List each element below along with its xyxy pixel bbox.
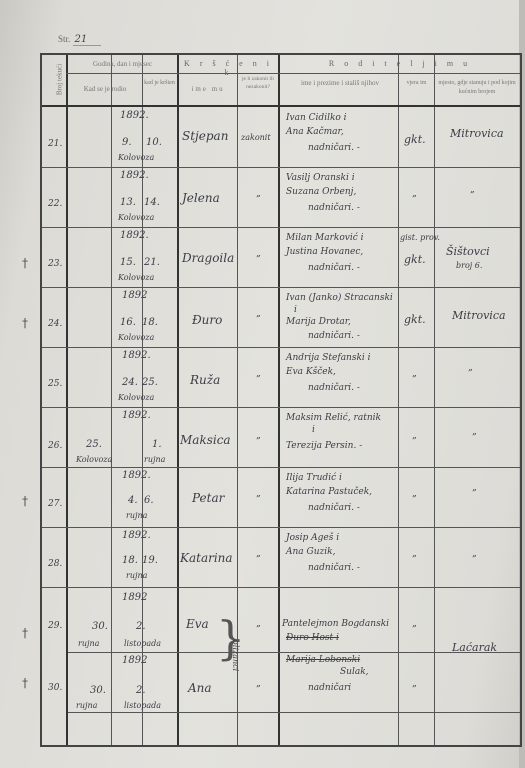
row-divider — [42, 407, 520, 408]
baptism-month: rujna — [144, 455, 165, 464]
header-born: Kad se je rodio — [68, 85, 142, 94]
entry-number: 30. — [48, 683, 62, 693]
parent-line: nadničari. - — [308, 141, 360, 155]
row-divider — [42, 527, 520, 528]
religion: gkt. — [404, 253, 426, 266]
parent-line: Suzana Orbenj, — [286, 185, 356, 199]
col-divider — [111, 55, 112, 745]
page-number-value: 21 — [73, 34, 102, 46]
legitimacy-ditto: ” — [256, 255, 261, 265]
entry-number: 24. — [48, 319, 62, 329]
header-divider — [66, 73, 520, 74]
parent-line: Josip Ageš i — [286, 531, 339, 545]
entry-year: 1892. — [122, 350, 151, 361]
child-name: Stjepan — [182, 129, 228, 143]
child-name: Maksica — [180, 433, 231, 447]
death-cross-icon: † — [22, 256, 28, 270]
birth-month: Kolovoza — [118, 213, 154, 222]
baptism-month: listopada — [124, 639, 161, 648]
baptism-day: 14. — [144, 197, 160, 208]
residence: Mitrovica — [450, 127, 504, 140]
residence: Šištovci — [446, 245, 490, 258]
baptism-register-table: Broj tekući Godina, dan i mjesec Kad se … — [40, 53, 522, 747]
entry-number: 23. — [48, 259, 62, 269]
parent-line: Marija Drotar, — [286, 315, 351, 329]
row-divider — [42, 167, 520, 168]
religion-ditto: ” — [412, 495, 417, 505]
religion-ditto: ” — [412, 195, 417, 205]
residence-ditto: ” — [472, 433, 477, 443]
baptism-day: 6. — [144, 495, 154, 506]
parent-line: Ivan (Janko) Stracanski — [286, 291, 393, 305]
child-name: Ruža — [190, 373, 220, 387]
birth-month: Kolovoza — [118, 153, 154, 162]
col-divider — [434, 55, 435, 745]
baptism-day: 2. — [136, 621, 146, 632]
baptism-day: 25. — [142, 377, 158, 388]
residence: Laćarak — [452, 641, 497, 654]
baptism-day: 1. — [152, 439, 162, 450]
residence-ditto: ” — [468, 369, 473, 379]
parent-line-struck: Đuro Host i — [286, 631, 339, 645]
birth-month: rujna — [126, 511, 147, 520]
parent-line: nadničari. - — [308, 501, 360, 515]
parent-line: Katarina Pastuček, — [286, 485, 372, 499]
religion-ditto: ” — [412, 555, 417, 565]
birth-day: 18. — [122, 555, 138, 566]
legitimacy-ditto: ” — [256, 495, 261, 505]
header-legitimacy: je li zakonit ili nezakonit? — [238, 75, 278, 91]
row-divider — [42, 287, 520, 288]
birth-day: 4. — [128, 495, 138, 506]
entry-year: 1892. — [122, 410, 151, 421]
header-entry-no: Broj tekući — [56, 50, 65, 110]
religion-ditto: ” — [412, 375, 417, 385]
religion-ditto: ” — [412, 437, 417, 447]
entry-year: 1892. — [120, 230, 149, 241]
parent-line: Vasilj Oranski i — [286, 171, 355, 185]
death-cross-icon: † — [22, 626, 28, 640]
parent-line: Maksim Relić, ratnik — [286, 411, 381, 425]
legitimacy-ditto: ” — [256, 195, 261, 205]
legitimacy-ditto: ” — [256, 625, 261, 635]
child-name: Đuro — [192, 313, 222, 327]
header-parents-group: R o d i t e l j i m u — [280, 59, 520, 68]
legitimacy: zakonit — [241, 133, 271, 142]
birth-day: 30. — [90, 685, 106, 696]
twins-note: blizanci — [231, 640, 240, 671]
legitimacy-ditto: ” — [256, 555, 261, 565]
baptism-day: 18. — [142, 317, 158, 328]
birth-month: rujna — [78, 639, 99, 648]
header-bottom — [42, 105, 520, 107]
birth-day: 9. — [122, 137, 132, 148]
religion: gkt. — [404, 133, 426, 146]
birth-day: 16. — [120, 317, 136, 328]
baptism-day: 21. — [144, 257, 160, 268]
parent-line: nadničari. - — [308, 329, 360, 343]
parent-line: nadničari — [308, 681, 351, 695]
parent-line: Andrija Stefanski i — [286, 351, 371, 365]
birth-day: 30. — [92, 621, 108, 632]
header-parents-names: ime i prezime i stališ njihov — [292, 79, 388, 88]
legitimacy-ditto: ” — [256, 685, 261, 695]
entry-number: 27. — [48, 499, 62, 509]
row-divider — [42, 467, 520, 468]
header-child-name: ime mu — [179, 85, 237, 94]
death-cross-icon: † — [22, 676, 28, 690]
parent-line: Pantelejmon Bogdanski — [282, 617, 389, 631]
entry-number: 28. — [48, 559, 62, 569]
legitimacy-ditto: ” — [256, 315, 261, 325]
entry-year: 1892 — [122, 592, 147, 603]
baptism-day: 10. — [146, 137, 162, 148]
parent-line: Terezija Persin. - — [286, 439, 362, 453]
birth-month: rujna — [126, 571, 147, 580]
header-date-group: Godina, dan i mjesec — [68, 60, 177, 69]
parent-line: Milan Marković i — [286, 231, 364, 245]
birth-month: rujna — [76, 701, 97, 710]
legitimacy-ditto: ” — [256, 375, 261, 385]
entry-year: 1892. — [122, 530, 151, 541]
death-cross-icon: † — [22, 316, 28, 330]
parent-line: Eva Kšček, — [286, 365, 336, 379]
col-divider — [398, 55, 399, 745]
child-name: Ana — [188, 681, 212, 695]
child-name: Dragoila — [182, 251, 234, 265]
header-religion: vjera im — [399, 79, 434, 88]
baptism-day: 2. — [136, 685, 146, 696]
entry-number: 21. — [48, 139, 62, 149]
parent-line: Ilija Trudić i — [286, 471, 342, 485]
religion-ditto: ” — [412, 625, 417, 635]
birth-day: 13. — [120, 197, 136, 208]
parent-line: Ana Guzik, — [286, 545, 335, 559]
header-baptized: kad je kršten — [142, 79, 177, 88]
page-number-label: Str. — [58, 34, 70, 44]
birth-month: Kolovoza — [118, 273, 154, 282]
entry-year: 1892 — [122, 290, 147, 301]
parent-line: nadničari. - — [308, 561, 360, 575]
parent-line: i — [312, 423, 315, 437]
row-divider — [68, 712, 520, 713]
entry-number: 25. — [48, 379, 62, 389]
baptism-day: 19. — [142, 555, 158, 566]
birth-day: 15. — [120, 257, 136, 268]
religion-note: gist. prov. — [400, 233, 440, 242]
entry-year: 1892. — [120, 170, 149, 181]
birth-day: 25. — [86, 439, 102, 450]
row-divider — [42, 227, 520, 228]
entry-year: 1892. — [122, 470, 151, 481]
entry-number: 26. — [48, 441, 62, 451]
religion-ditto: ” — [412, 685, 417, 695]
child-name: Katarina — [180, 551, 233, 565]
residence: Mitrovica — [452, 309, 506, 322]
parent-line: Ana Kačmar, — [286, 125, 344, 139]
entry-year: 1892. — [120, 110, 149, 121]
parent-line: nadničari. - — [308, 381, 360, 395]
child-name: Petar — [192, 491, 224, 505]
house-number: broj 6. — [456, 261, 482, 270]
birth-month: Kolovoza — [76, 455, 112, 464]
parent-line: Justina Hovanec, — [286, 245, 363, 259]
residence-ditto: ” — [470, 191, 475, 201]
birth-month: Kolovoza — [118, 333, 154, 342]
entry-number: 22. — [48, 199, 62, 209]
col-divider — [278, 55, 280, 745]
parent-line: Ivan Cidilko i — [286, 111, 347, 125]
residence-ditto: ” — [472, 555, 477, 565]
col-divider — [66, 55, 68, 745]
birth-day: 24. — [122, 377, 138, 388]
child-name: Eva — [186, 617, 209, 631]
parent-line: nadničari. - — [308, 201, 360, 215]
row-divider — [42, 587, 520, 588]
page-number: Str. 21 — [58, 34, 101, 45]
baptism-month: listopada — [124, 701, 161, 710]
religion: gkt. — [404, 313, 426, 326]
birth-month: Kolovoza — [118, 393, 154, 402]
col-divider — [177, 55, 179, 745]
entry-year: 1892 — [122, 655, 147, 666]
parent-line: Sulak, — [340, 665, 369, 679]
death-cross-icon: † — [22, 494, 28, 508]
legitimacy-ditto: ” — [256, 437, 261, 447]
header-residence: mjesto, gdje stanuju i pod kojim kućnim … — [435, 79, 519, 97]
child-name: Jelena — [182, 191, 220, 205]
residence-ditto: ” — [472, 489, 477, 499]
entry-number: 29. — [48, 621, 62, 631]
parent-line: nadničari. - — [308, 261, 360, 275]
row-divider — [42, 347, 520, 348]
